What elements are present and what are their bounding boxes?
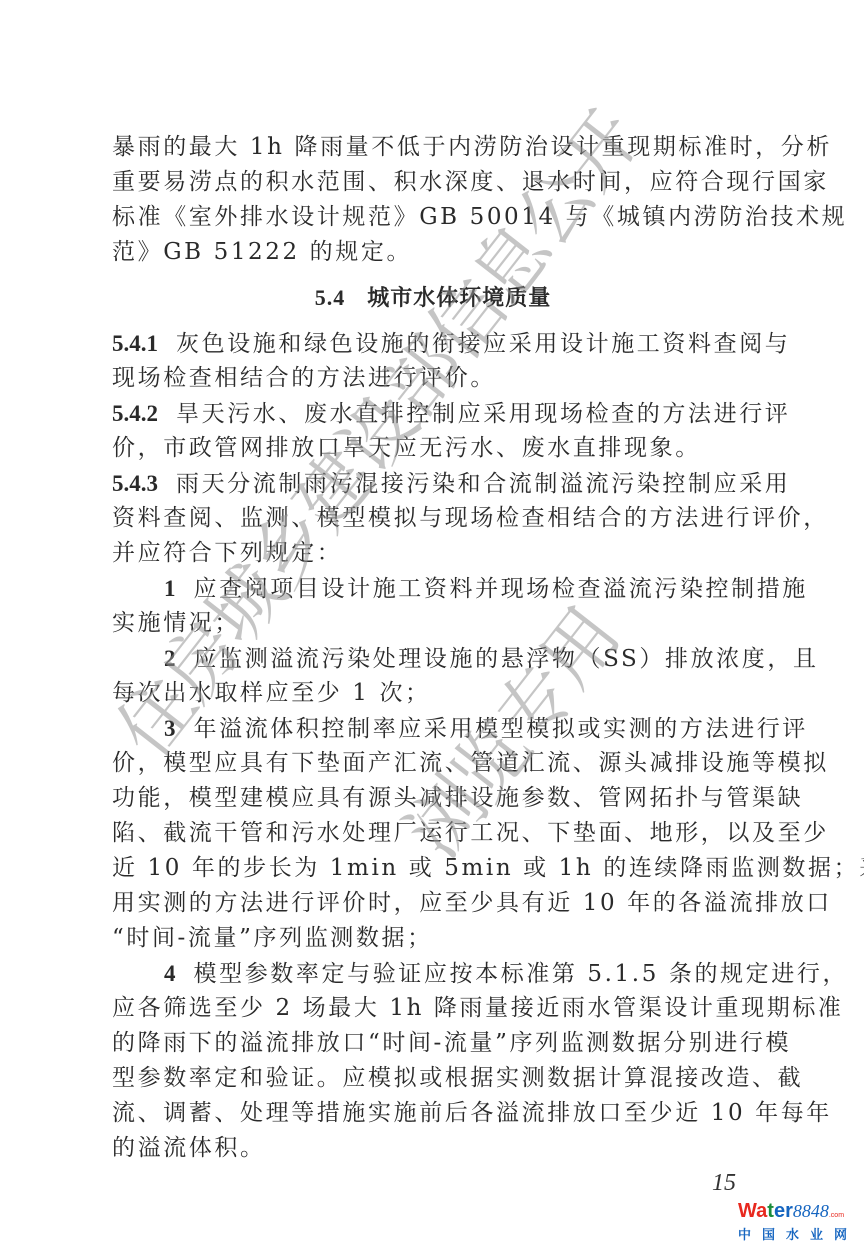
text-line: 流、调蓄、处理等措施实施前后各溢流排放口至少近 10 年每年 <box>112 1096 754 1131</box>
text-line: 资料查阅、监测、模型模拟与现场检查相结合的方法进行评价， <box>112 501 754 536</box>
section-heading: 5.4城市水体环境质量 <box>112 272 754 324</box>
clause-5-4-2-line: 5.4.2旱天污水、废水直排控制应采用现场检查的方法进行评 <box>112 396 754 431</box>
clause-5-4-1-line: 5.4.1灰色设施和绿色设施的衔接应采用设计施工资料查阅与 <box>112 326 754 361</box>
text-line: 并应符合下列规定： <box>112 536 754 571</box>
item-text: 模型参数率定与验证应按本标准第 5.1.5 条的规定进行， <box>194 961 849 987</box>
text-line: 价，市政管网排放口旱天应无污水、废水直排现象。 <box>112 431 754 466</box>
text-line: 应各筛选至少 2 场最大 1h 降雨量接近雨水管渠设计重现期标准 <box>112 991 754 1026</box>
text-line: 功能，模型建模应具有源头减排设施参数、管网拓扑与管渠缺 <box>112 781 754 816</box>
item-2-line: 2应监测溢流污染处理设施的悬浮物（SS）排放浓度，且 <box>112 641 754 676</box>
clause-number: 5.4.1 <box>112 331 158 356</box>
clause-text: 雨天分流制雨污混接污染和合流制溢流污染控制应采用 <box>176 471 790 497</box>
logo-letter: a <box>756 1200 767 1222</box>
item-number: 4 <box>164 961 176 986</box>
item-3-line: 3年溢流体积控制率应采用模型模拟或实测的方法进行评 <box>112 711 754 746</box>
text-line: 实施情况； <box>112 606 754 641</box>
section-number: 5.4 <box>315 285 346 310</box>
text-line: 的溢流体积。 <box>112 1131 754 1166</box>
text-line: 陷、截流干管和污水处理厂运行工况、下垫面、地形，以及至少 <box>112 816 754 851</box>
logo-letter: e <box>774 1200 785 1222</box>
text-line: 重要易涝点的积水范围、积水深度、退水时间，应符合现行国家 <box>112 165 754 200</box>
clause-number: 5.4.3 <box>112 471 158 496</box>
clause-text: 旱天污水、废水直排控制应采用现场检查的方法进行评 <box>176 401 790 427</box>
item-number: 1 <box>164 576 176 601</box>
item-1-line: 1应查阅项目设计施工资料并现场检查溢流污染控制措施 <box>112 571 754 606</box>
item-text: 应查阅项目设计施工资料并现场检查溢流污染控制措施 <box>194 576 808 602</box>
section-title: 城市水体环境质量 <box>367 286 551 311</box>
logo-letter: r <box>785 1200 793 1222</box>
text-line: 型参数率定和验证。应模拟或根据实测数据计算混接改造、截 <box>112 1061 754 1096</box>
logo-chinese-name: 中国水业网 <box>738 1227 858 1245</box>
text-line: 现场检查相结合的方法进行评价。 <box>112 361 754 396</box>
logo-domain: .com <box>829 1212 844 1219</box>
clause-number: 5.4.2 <box>112 401 158 426</box>
document-page: 暴雨的最大 1h 降雨量不低于内涝防治设计重现期标准时，分析 重要易涝点的积水范… <box>0 0 864 1252</box>
clause-5-4-3-line: 5.4.3雨天分流制雨污混接污染和合流制溢流污染控制应采用 <box>112 466 754 501</box>
text-line: 每次出水取样应至少 1 次； <box>112 676 754 711</box>
item-4-line: 4模型参数率定与验证应按本标准第 5.1.5 条的规定进行， <box>112 956 754 991</box>
text-line: 用实测的方法进行评价时，应至少具有近 10 年的各溢流排放口 <box>112 886 754 921</box>
site-logo: Water8848.com 中国水业网 <box>738 1200 858 1245</box>
text-line: 标准《室外排水设计规范》GB 50014 与《城镇内涝防治技术规 <box>112 200 754 235</box>
item-text: 应监测溢流污染处理设施的悬浮物（SS）排放浓度，且 <box>194 646 819 672</box>
body-text: 暴雨的最大 1h 降雨量不低于内涝防治设计重现期标准时，分析 重要易涝点的积水范… <box>112 130 754 1166</box>
text-line: 的降雨下的溢流排放口“时间-流量”序列监测数据分别进行模 <box>112 1026 754 1061</box>
item-number: 2 <box>164 646 176 671</box>
text-line: 近 10 年的步长为 1min 或 5min 或 1h 的连续降雨监测数据；采 <box>112 851 754 886</box>
clause-text: 灰色设施和绿色设施的衔接应采用设计施工资料查阅与 <box>176 331 790 357</box>
logo-letter: W <box>738 1200 756 1222</box>
page-number: 15 <box>712 1170 736 1197</box>
logo-letter: t <box>767 1200 774 1222</box>
logo-wordmark: Water8848.com <box>738 1200 858 1227</box>
text-line: 范》GB 51222 的规定。 <box>112 235 754 270</box>
item-text: 年溢流体积控制率应采用模型模拟或实测的方法进行评 <box>194 716 808 742</box>
text-line: “时间-流量”序列监测数据； <box>112 921 754 956</box>
text-line: 暴雨的最大 1h 降雨量不低于内涝防治设计重现期标准时，分析 <box>112 130 754 165</box>
logo-number: 8848 <box>793 1201 829 1221</box>
item-number: 3 <box>164 716 176 741</box>
text-line: 价，模型应具有下垫面产汇流、管道汇流、源头减排设施等模拟 <box>112 746 754 781</box>
